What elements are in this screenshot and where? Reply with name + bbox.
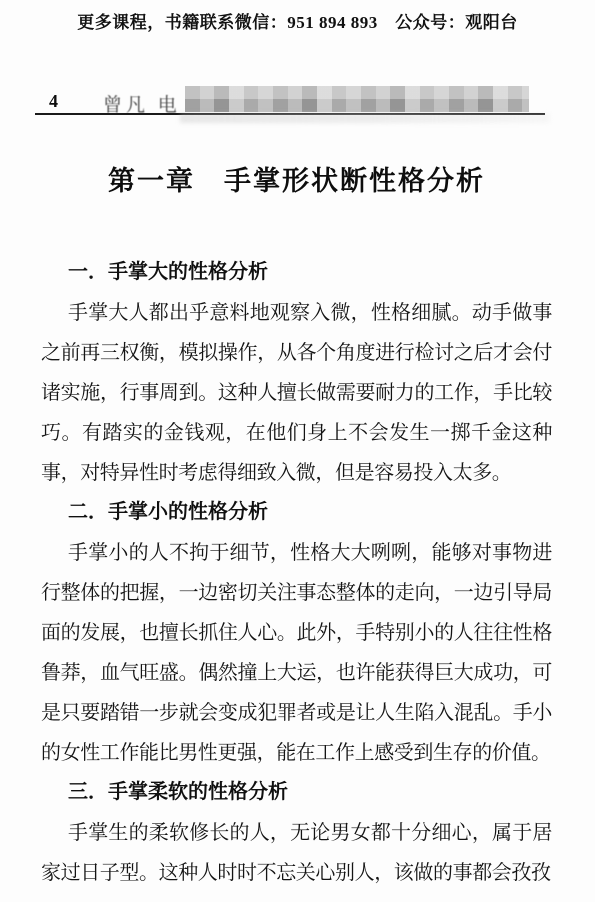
scanned-book-page: 更多课程，书籍联系微信：951 894 893 公众号：观阳台 4 曾凡 电 第… [0, 0, 595, 902]
section-paragraph-2: 手掌小的人不拘于细节，性格大大咧咧，能够对事物进行整体的把握，一边密切关注事态整… [41, 533, 552, 773]
section-heading-2: 二．手掌小的性格分析 [68, 498, 552, 526]
redaction-mosaic [185, 86, 529, 112]
section-palm-soft: 三．手掌柔软的性格分析 手掌生的柔软修长的人，无论男女都十分细心，属于居家过日子… [41, 778, 552, 893]
section-paragraph-1: 手掌大人都出乎意料地观察入微，性格细腻。动手做事之前再三权衡，模拟操作，从各个角… [41, 293, 552, 493]
contact-banner: 更多课程，书籍联系微信：951 894 893 公众号：观阳台 [0, 8, 595, 33]
page-content: 第一章 手掌形状断性格分析 一．手掌大的性格分析 手掌大人都出乎意料地观察入微，… [41, 162, 552, 893]
page-number: 4 [49, 91, 58, 112]
page-header: 4 曾凡 电 [35, 86, 547, 116]
scan-artifact [180, 113, 550, 123]
section-heading-3: 三．手掌柔软的性格分析 [68, 778, 552, 806]
section-heading-1: 一．手掌大的性格分析 [68, 258, 552, 286]
chapter-title: 第一章 手掌形状断性格分析 [41, 162, 552, 200]
section-paragraph-3: 手掌生的柔软修长的人，无论男女都十分细心，属于居家过日子型。这种人时时不忘关心别… [41, 813, 552, 893]
section-palm-large: 一．手掌大的性格分析 手掌大人都出乎意料地观察入微，性格细腻。动手做事之前再三权… [41, 258, 552, 493]
section-palm-small: 二．手掌小的性格分析 手掌小的人不拘于细节，性格大大咧咧，能够对事物进行整体的把… [41, 498, 552, 773]
